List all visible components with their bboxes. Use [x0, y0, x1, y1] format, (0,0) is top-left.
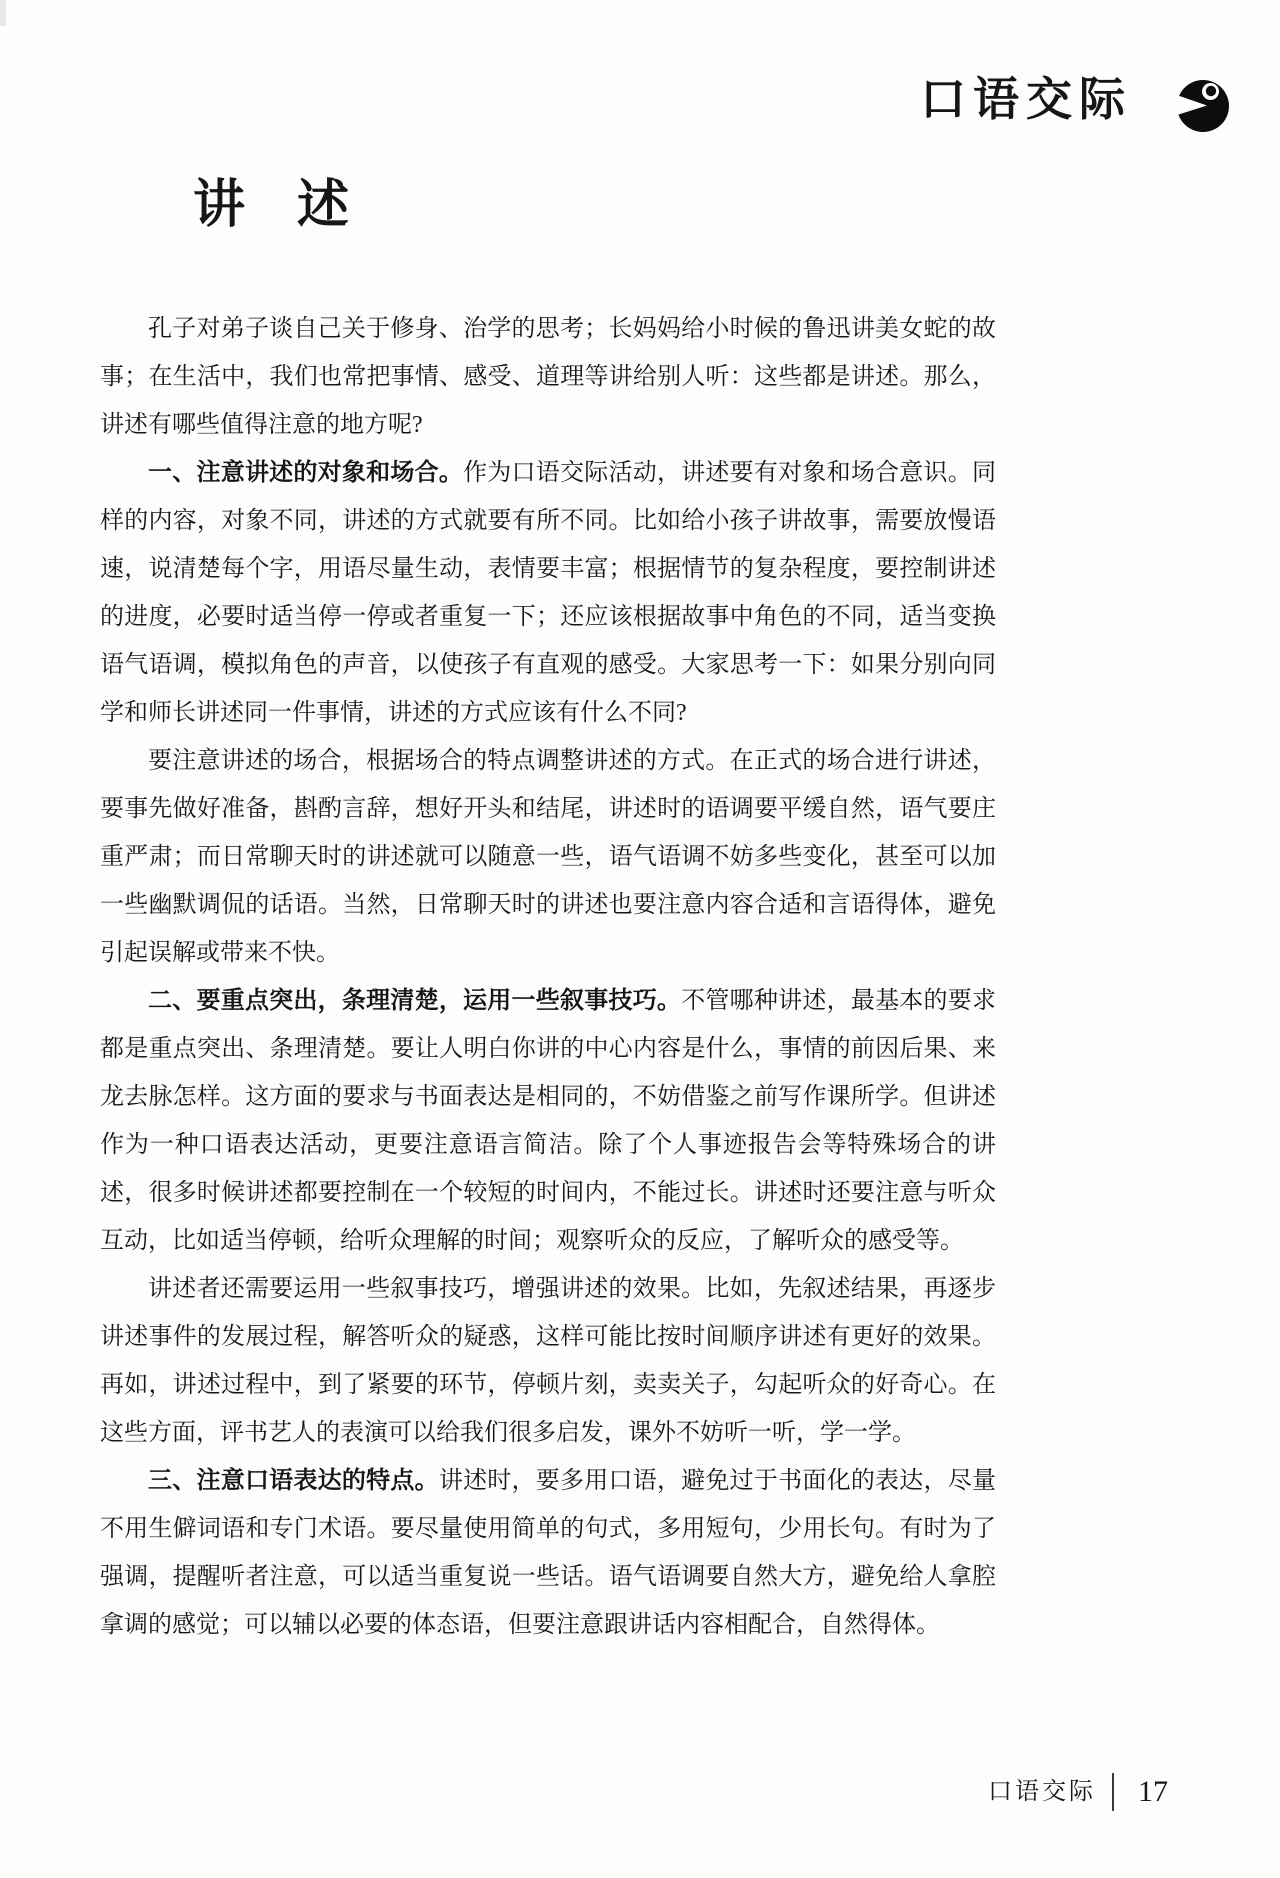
paragraph-lead: 三、注意口语表达的特点。: [148, 1467, 439, 1494]
footer-section-label: 口语交际: [988, 1772, 1096, 1812]
body-text: 孔子对弟子谈自己关于修身、治学的思考；长妈妈给小时候的鲁迅讲美女蛇的故事；在生活…: [100, 305, 996, 1649]
body-paragraph: 孔子对弟子谈自己关于修身、治学的思考；长妈妈给小时候的鲁迅讲美女蛇的故事；在生活…: [100, 305, 996, 449]
body-paragraph: 讲述者还需要运用一些叙事技巧，增强讲述的效果。比如，先叙述结果，再逐步讲述事件的…: [100, 1265, 996, 1457]
speaking-figure-icon: [1176, 78, 1230, 132]
page-title: 讲 述: [193, 178, 349, 234]
section-title: 口语交际: [920, 74, 1132, 126]
body-paragraph: 一、注意讲述的对象和场合。作为口语交际活动，讲述要有对象和场合意识。同样的内容，…: [100, 449, 996, 737]
paragraph-text: 要注意讲述的场合，根据场合的特点调整讲述的方式。在正式的场合进行讲述，要事先做好…: [100, 748, 996, 966]
body-paragraph: 要注意讲述的场合，根据场合的特点调整讲述的方式。在正式的场合进行讲述，要事先做好…: [100, 737, 996, 977]
textbook-page: { "header": { "section_label": "口语交际", "…: [0, 0, 1280, 1878]
paragraph-lead: 二、要重点突出，条理清楚，运用一些叙事技巧。: [148, 987, 681, 1014]
body-paragraph: 三、注意口语表达的特点。讲述时，要多用口语，避免过于书面化的表达，尽量不用生僻词…: [100, 1457, 996, 1649]
paragraph-text: 讲述者还需要运用一些叙事技巧，增强讲述的效果。比如，先叙述结果，再逐步讲述事件的…: [100, 1276, 996, 1446]
footer-divider: [1112, 1773, 1114, 1811]
paragraph-text: 孔子对弟子谈自己关于修身、治学的思考；长妈妈给小时候的鲁迅讲美女蛇的故事；在生活…: [100, 316, 996, 438]
body-paragraph: 二、要重点突出，条理清楚，运用一些叙事技巧。不管哪种讲述，最基本的要求都是重点突…: [100, 977, 996, 1265]
page-header: 口语交际: [920, 74, 1132, 126]
paragraph-lead: 一、注意讲述的对象和场合。: [148, 459, 463, 486]
page-footer: 口语交际 17: [988, 1772, 1168, 1812]
paragraph-text: 作为口语交际活动，讲述要有对象和场合意识。同样的内容，对象不同，讲述的方式就要有…: [100, 460, 996, 726]
scan-artifact: [0, 0, 6, 26]
paragraph-text: 不管哪种讲述，最基本的要求都是重点突出、条理清楚。要让人明白你讲的中心内容是什么…: [100, 988, 996, 1254]
page-number: 17: [1138, 1772, 1168, 1812]
